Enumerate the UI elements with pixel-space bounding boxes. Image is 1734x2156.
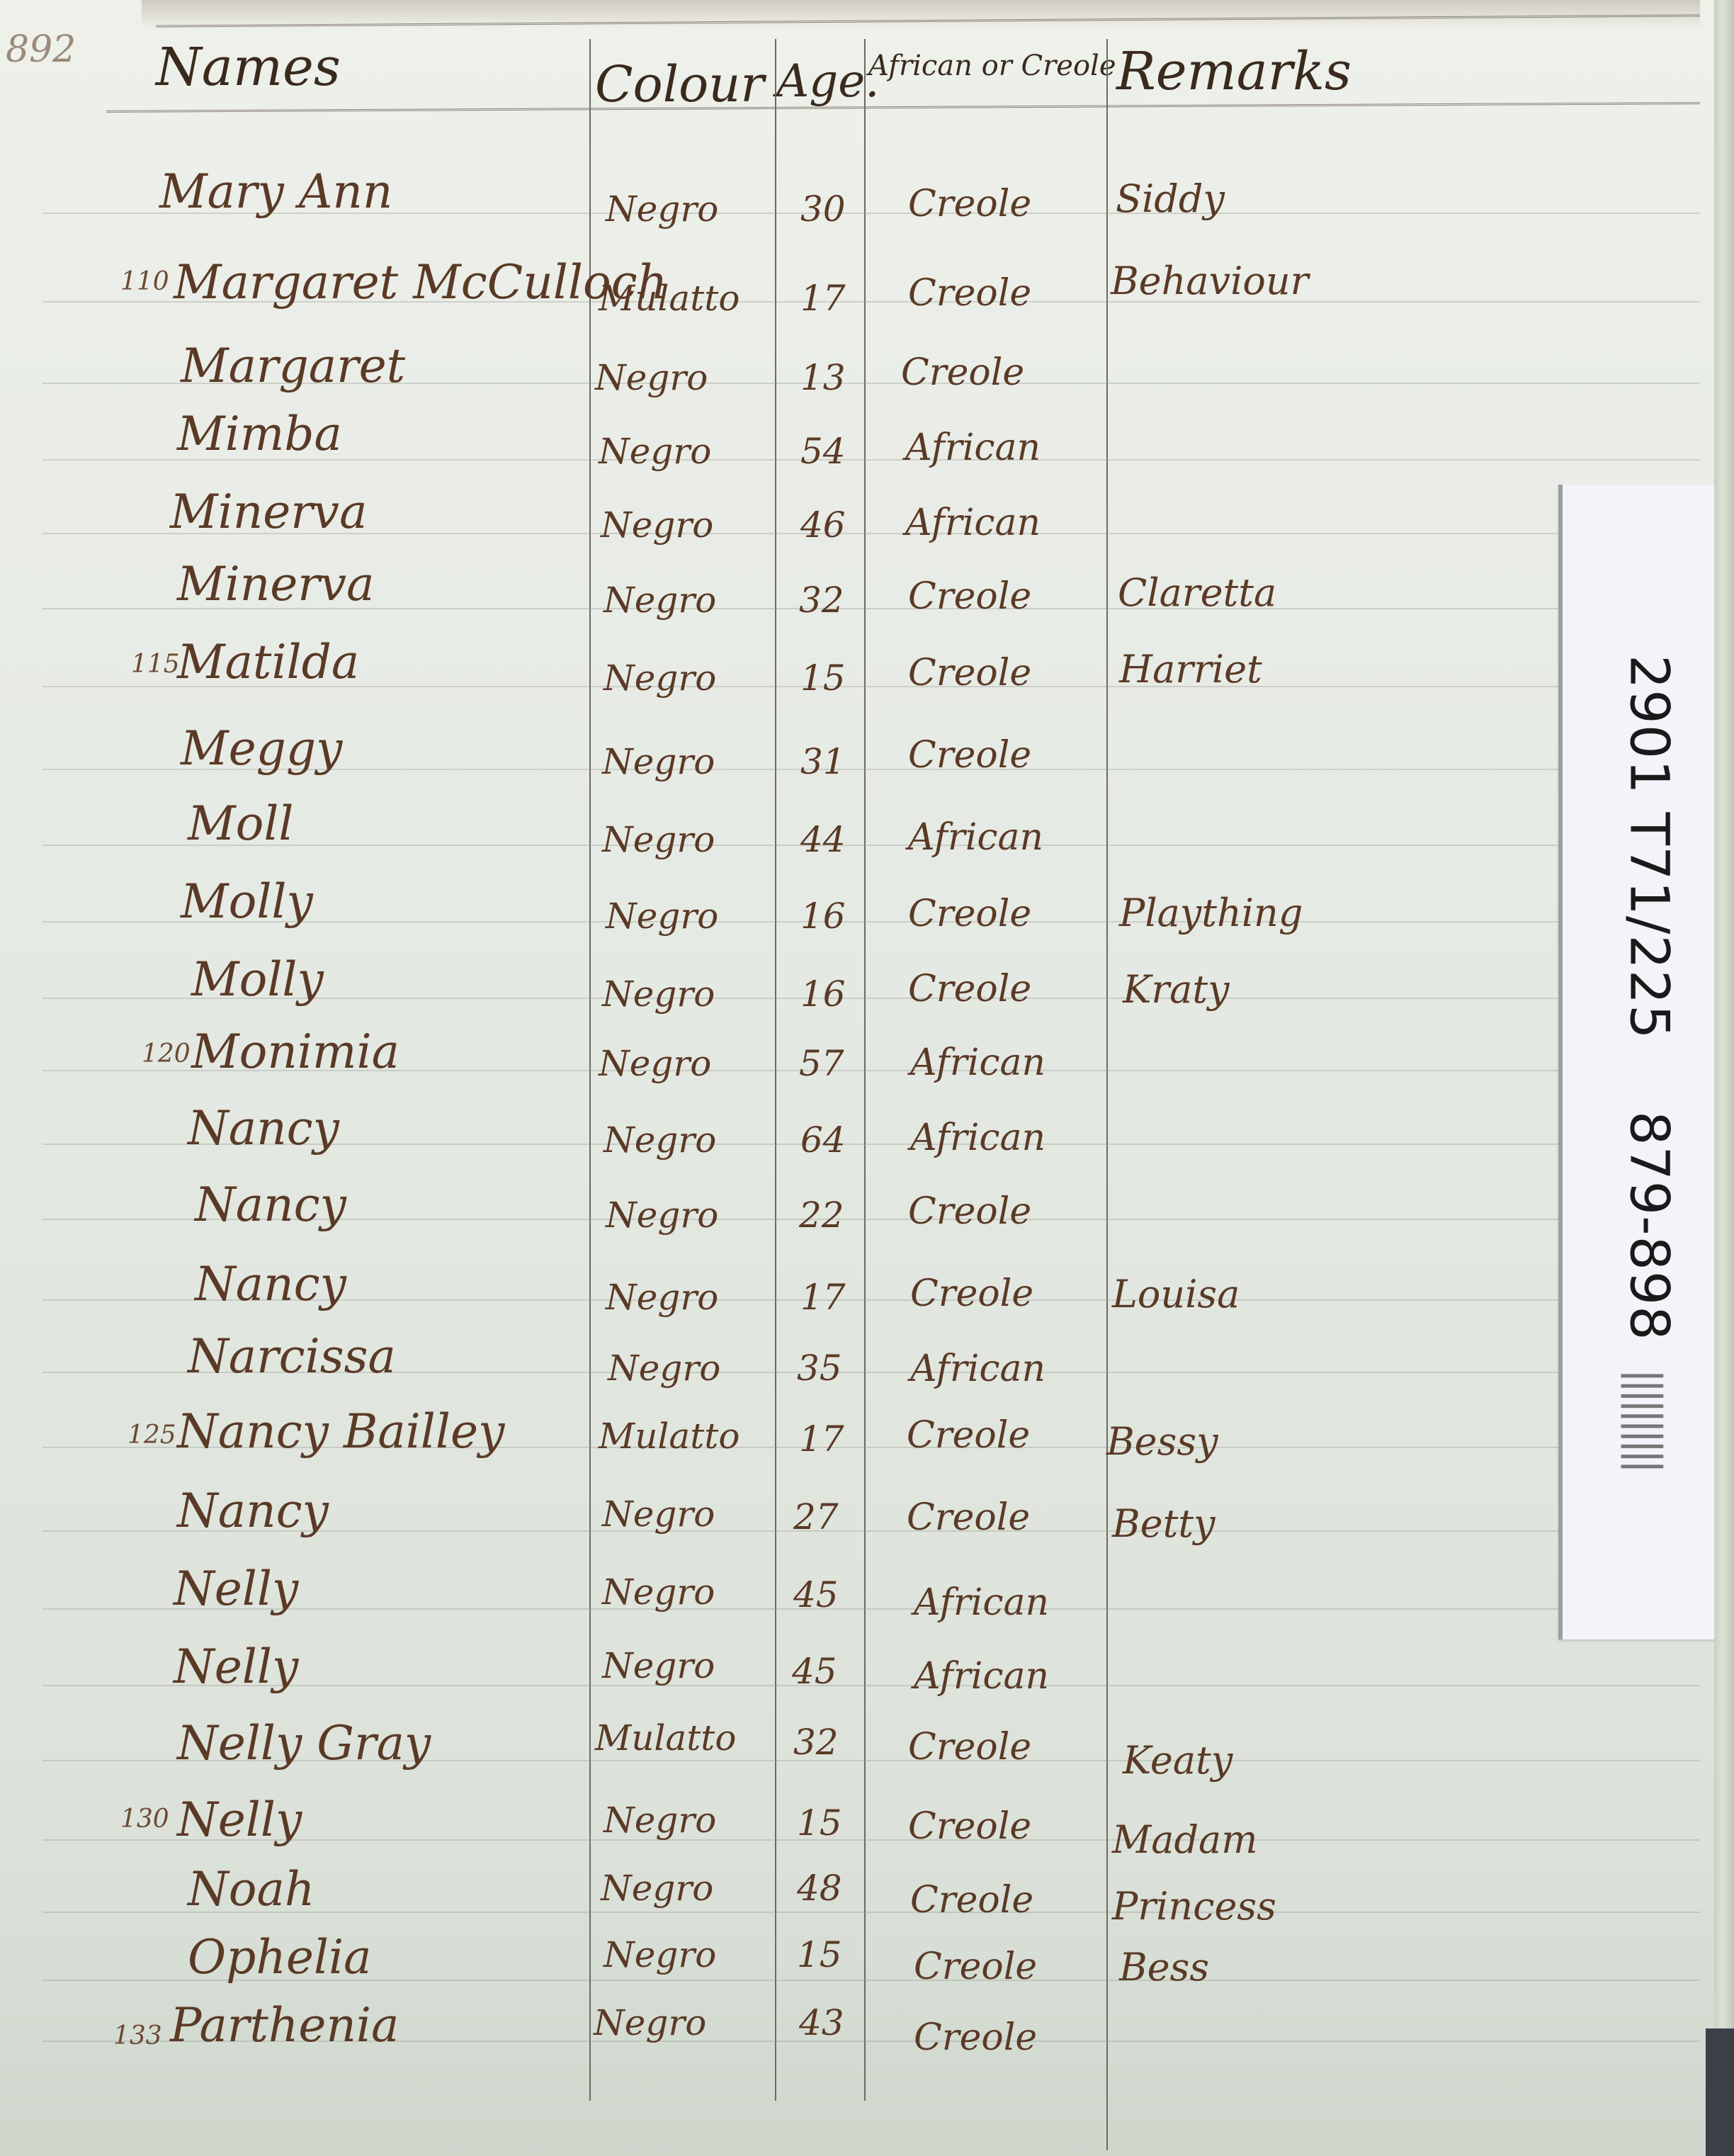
row-origin: African: [905, 429, 1041, 466]
row-origin: African: [910, 1119, 1045, 1156]
row-origin: Creole: [908, 1193, 1031, 1230]
row-colour: Negro: [603, 660, 716, 696]
row-name: Mary Ann: [159, 169, 392, 215]
row-remarks: Betty: [1112, 1505, 1215, 1543]
row-origin: Creole: [908, 737, 1031, 774]
row-number: 125: [127, 1423, 176, 1448]
row-origin: Creole: [910, 1275, 1033, 1312]
column-header-remarks: Remarks: [1116, 41, 1351, 102]
row-age: 13: [800, 360, 846, 395]
row-age: 30: [800, 191, 846, 227]
row-origin: Creole: [907, 1499, 1030, 1536]
row-age: 64: [800, 1122, 846, 1158]
row-age: 31: [800, 744, 846, 779]
row-origin: Creole: [908, 655, 1031, 692]
row-colour: Negro: [602, 1574, 715, 1610]
row-age: 54: [800, 434, 846, 469]
row-name: Ophelia: [188, 1934, 372, 1981]
row-age: 27: [793, 1499, 839, 1535]
row-name: Nancy: [195, 1182, 346, 1229]
row-age: 17: [800, 1280, 846, 1315]
row-remarks: Siddy: [1116, 180, 1225, 218]
row-remarks: Bess: [1119, 1948, 1209, 1987]
row-remarks: Louisa: [1112, 1275, 1240, 1314]
row-name: Parthenia: [170, 2002, 399, 2049]
row-colour: Negro: [606, 191, 718, 227]
row-age: 15: [797, 1805, 842, 1841]
row-colour: Negro: [603, 1122, 716, 1158]
row-colour: Negro: [603, 582, 716, 618]
row-origin: Creole: [908, 896, 1031, 932]
row-origin: Creole: [901, 354, 1024, 391]
row-name: Molly: [191, 956, 324, 1003]
row-origin: Creole: [908, 971, 1031, 1008]
row-colour: Negro: [608, 1350, 720, 1386]
book-cover-corner: [1706, 2028, 1734, 2156]
row-number: 120: [142, 1042, 191, 1067]
row-origin: Creole: [914, 2019, 1037, 2056]
row-name: Monimia: [191, 1029, 399, 1076]
row-age: 45: [793, 1577, 839, 1613]
next-page-edge: [1714, 0, 1734, 2156]
row-origin: Creole: [914, 1948, 1037, 1985]
row-age: 48: [797, 1870, 842, 1906]
row-colour: Mulatto: [599, 281, 740, 316]
row-origin: Creole: [908, 578, 1031, 615]
row-colour: Negro: [602, 1496, 715, 1532]
archive-reference-slip: 2901 T71/225 879-898 ||||||||||: [1558, 485, 1734, 1639]
row-origin: African: [908, 819, 1043, 856]
row-colour: Negro: [606, 898, 718, 934]
row-colour: Negro: [595, 360, 708, 395]
row-name: Margaret: [181, 343, 405, 390]
row-colour: Negro: [606, 1197, 718, 1233]
row-origin: African: [914, 1584, 1049, 1621]
row-remarks: Plaything: [1119, 894, 1303, 932]
row-age: 43: [799, 2005, 844, 2041]
row-name: Nancy: [177, 1488, 329, 1535]
row-age: 57: [799, 1046, 844, 1081]
row-age: 16: [800, 976, 846, 1012]
row-origin: Creole: [908, 1808, 1031, 1845]
archive-reference: 2901 T71/225: [1618, 655, 1681, 1039]
row-age: 17: [800, 281, 846, 316]
row-name: Minerva: [170, 489, 367, 536]
row-age: 22: [799, 1197, 844, 1233]
row-age: 44: [800, 822, 846, 857]
row-colour: Negro: [601, 507, 713, 543]
row-name: Margaret McCulloch: [174, 259, 667, 306]
row-remarks: Kraty: [1123, 971, 1230, 1009]
page-number: 892: [6, 28, 76, 71]
row-name: Moll: [188, 801, 294, 847]
row-name: Nancy Bailley: [177, 1409, 504, 1455]
row-name: Nelly: [174, 1644, 298, 1691]
row-name: Matilda: [177, 639, 359, 686]
row-remarks: Behaviour: [1111, 262, 1309, 300]
row-colour: Negro: [601, 1870, 713, 1906]
row-colour: Negro: [603, 1937, 716, 1972]
row-colour: Negro: [599, 1046, 711, 1081]
row-remarks: Madam: [1112, 1821, 1257, 1859]
row-age: 46: [800, 507, 846, 543]
row-remarks: Keaty: [1123, 1742, 1232, 1780]
row-colour: Negro: [602, 744, 715, 779]
row-remarks: Bessy: [1106, 1423, 1218, 1461]
row-colour: Negro: [599, 434, 711, 469]
row-origin: Creole: [910, 1882, 1033, 1919]
row-name: Nelly Gray: [177, 1720, 431, 1767]
row-remarks: Harriet: [1119, 650, 1262, 689]
row-age: 35: [797, 1350, 842, 1386]
row-age: 15: [797, 1937, 842, 1972]
row-colour: Negro: [606, 1280, 718, 1315]
column-header-colour: Colour: [595, 55, 764, 113]
row-name: Meggy: [181, 726, 342, 772]
row-colour: Negro: [602, 822, 715, 857]
row-number: 133: [113, 2024, 162, 2049]
row-origin: Creole: [908, 275, 1031, 312]
row-origin: Creole: [908, 186, 1031, 222]
row-origin: Creole: [908, 1729, 1031, 1766]
row-name: Minerva: [177, 561, 374, 608]
row-age: 15: [800, 660, 846, 696]
row-origin: African: [910, 1350, 1045, 1387]
column-header-names: Names: [156, 37, 341, 98]
row-origin: African: [910, 1044, 1045, 1081]
row-name: Nelly: [177, 1797, 302, 1844]
row-number: 115: [131, 652, 180, 677]
row-number: 130: [120, 1807, 169, 1832]
row-name: Nelly: [174, 1566, 298, 1613]
ledger-page: 892 Names Colour Age. African or Creole …: [0, 0, 1714, 2156]
row-colour: Mulatto: [599, 1418, 740, 1454]
archive-reference-text: 2901 T71/225 879-898 ||||||||||: [1618, 655, 1681, 1469]
row-name: Noah: [188, 1866, 314, 1913]
header-bottom-rule: [106, 102, 1700, 113]
row-colour: Negro: [602, 1648, 715, 1683]
row-colour: Mulatto: [595, 1720, 737, 1756]
row-colour: Negro: [594, 2005, 706, 2041]
column-header-origin: African or Creole: [868, 50, 1116, 82]
row-name: Mimba: [177, 411, 342, 458]
row-name: Nancy: [195, 1261, 346, 1308]
row-age: 16: [800, 898, 846, 934]
row-number: 110: [120, 269, 169, 295]
row-name: Narcissa: [188, 1333, 396, 1380]
row-remarks: Claretta: [1118, 574, 1276, 612]
archive-range: 879-898: [1618, 1111, 1681, 1341]
row-age: 45: [792, 1654, 837, 1689]
row-remarks: Princess: [1112, 1887, 1276, 1926]
row-origin: African: [905, 504, 1041, 541]
column-divider-remarks: [1106, 39, 1108, 2150]
row-name: Nancy: [188, 1105, 339, 1152]
row-name: Molly: [181, 879, 313, 925]
row-origin: African: [914, 1658, 1049, 1695]
row-colour: Negro: [602, 976, 715, 1012]
tally-marks: ||||||||||: [1620, 1369, 1670, 1469]
row-age: 17: [799, 1421, 844, 1457]
row-age: 32: [793, 1725, 839, 1760]
row-age: 32: [799, 582, 844, 618]
row-origin: Creole: [907, 1417, 1030, 1454]
row-colour: Negro: [603, 1802, 716, 1838]
